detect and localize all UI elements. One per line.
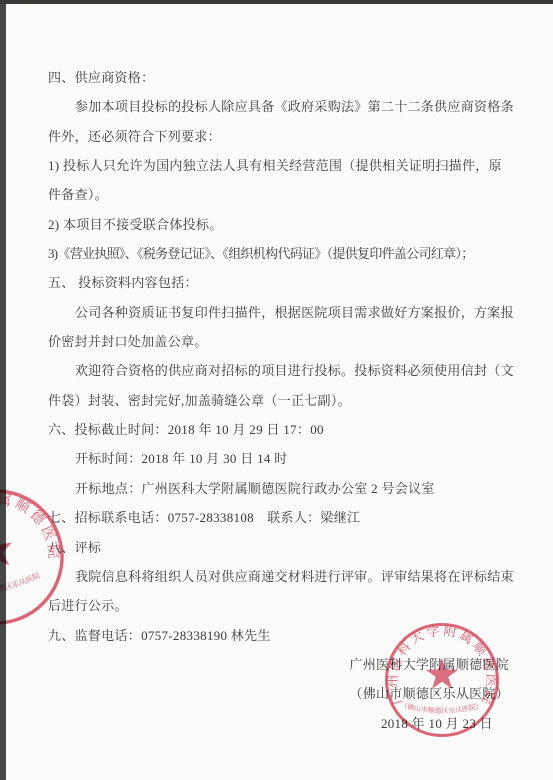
document-body: 四、供应商资格： 参加本项目投标的投标人除应具备《政府采购法》第二十二条供应商资… bbox=[48, 63, 511, 738]
item-3-licenses: 3)《营业执照》、《税务登记证》、《组织机构代码证》（提供复印件盖公司红章）； bbox=[48, 239, 511, 268]
para-materials: 公司各种资质证书复印件扫描件，根据医院项目需求做好方案报价，方案报 bbox=[48, 298, 511, 327]
para-welcome-bidders-cont: 件袋）封装、密封完好,加盖骑缝公章（一正七副）。 bbox=[48, 386, 511, 415]
para-materials-cont: 价密封并封口处加盖公章。 bbox=[48, 327, 511, 356]
signature-org-alias: （佛山市顺德区乐从医院） bbox=[48, 679, 511, 708]
document-page: 四、供应商资格： 参加本项目投标的投标人除应具备《政府采购法》第二十二条供应商资… bbox=[0, 0, 553, 780]
section-evaluation: 八、评标 bbox=[48, 533, 511, 562]
para-evaluation: 我院信息科将组织人员对供应商递交材料进行评审。评审结果将在评标结束 bbox=[48, 562, 511, 591]
item-1-domestic-legal-person: 1) 投标人只允许为国内独立法人具有相关经营范围（提供相关证明扫描件，原 bbox=[48, 151, 511, 180]
svg-text:（佛山市顺德区乐从医院）: （佛山市顺德区乐从医院） bbox=[0, 486, 43, 611]
para-qualification-intro-cont: 件外，还必须符合下列要求： bbox=[48, 122, 511, 151]
signature-org-name: 广州医科大学附属顺德医院 bbox=[48, 650, 511, 679]
para-welcome-bidders: 欢迎符合资格的供应商对招标的项目进行投标。投标资料必须使用信封（文 bbox=[48, 356, 511, 385]
seal-sub-text: （佛山市顺德区乐从医院） bbox=[0, 486, 43, 611]
scan-edge-left bbox=[0, 0, 6, 780]
line-opening-time: 开标时间：2018 年 10 月 30 日 14 时 bbox=[48, 444, 511, 473]
para-qualification-intro: 参加本项目投标的投标人除应具备《政府采购法》第二十二条供应商资格条 bbox=[48, 92, 511, 121]
signature-date: 2018 年 10 月 23 日 bbox=[48, 709, 511, 738]
section-supervision-phone: 九、监督电话：0757-28338190 林先生 bbox=[48, 621, 511, 650]
line-opening-venue: 开标地点：广州医科大学附属顺德医院行政办公室 2 号会议室 bbox=[48, 474, 511, 503]
section-bid-materials: 五、 投标资料内容包括： bbox=[48, 268, 511, 297]
section-supplier-qualification: 四、供应商资格： bbox=[48, 63, 511, 92]
scan-edge-top bbox=[0, 0, 553, 4]
section-contact-phone: 七、招标联系电话：0757-28338108 联系人：梁继江 bbox=[48, 503, 511, 532]
section-bid-deadline: 六、投标截止时间：2018 年 10 月 29 日 17：00 bbox=[48, 415, 511, 444]
para-evaluation-cont: 后进行公示。 bbox=[48, 591, 511, 620]
item-2-no-consortium: 2) 本项目不接受联合体投标。 bbox=[48, 210, 511, 239]
item-1-cont: 件备查）。 bbox=[48, 180, 511, 209]
